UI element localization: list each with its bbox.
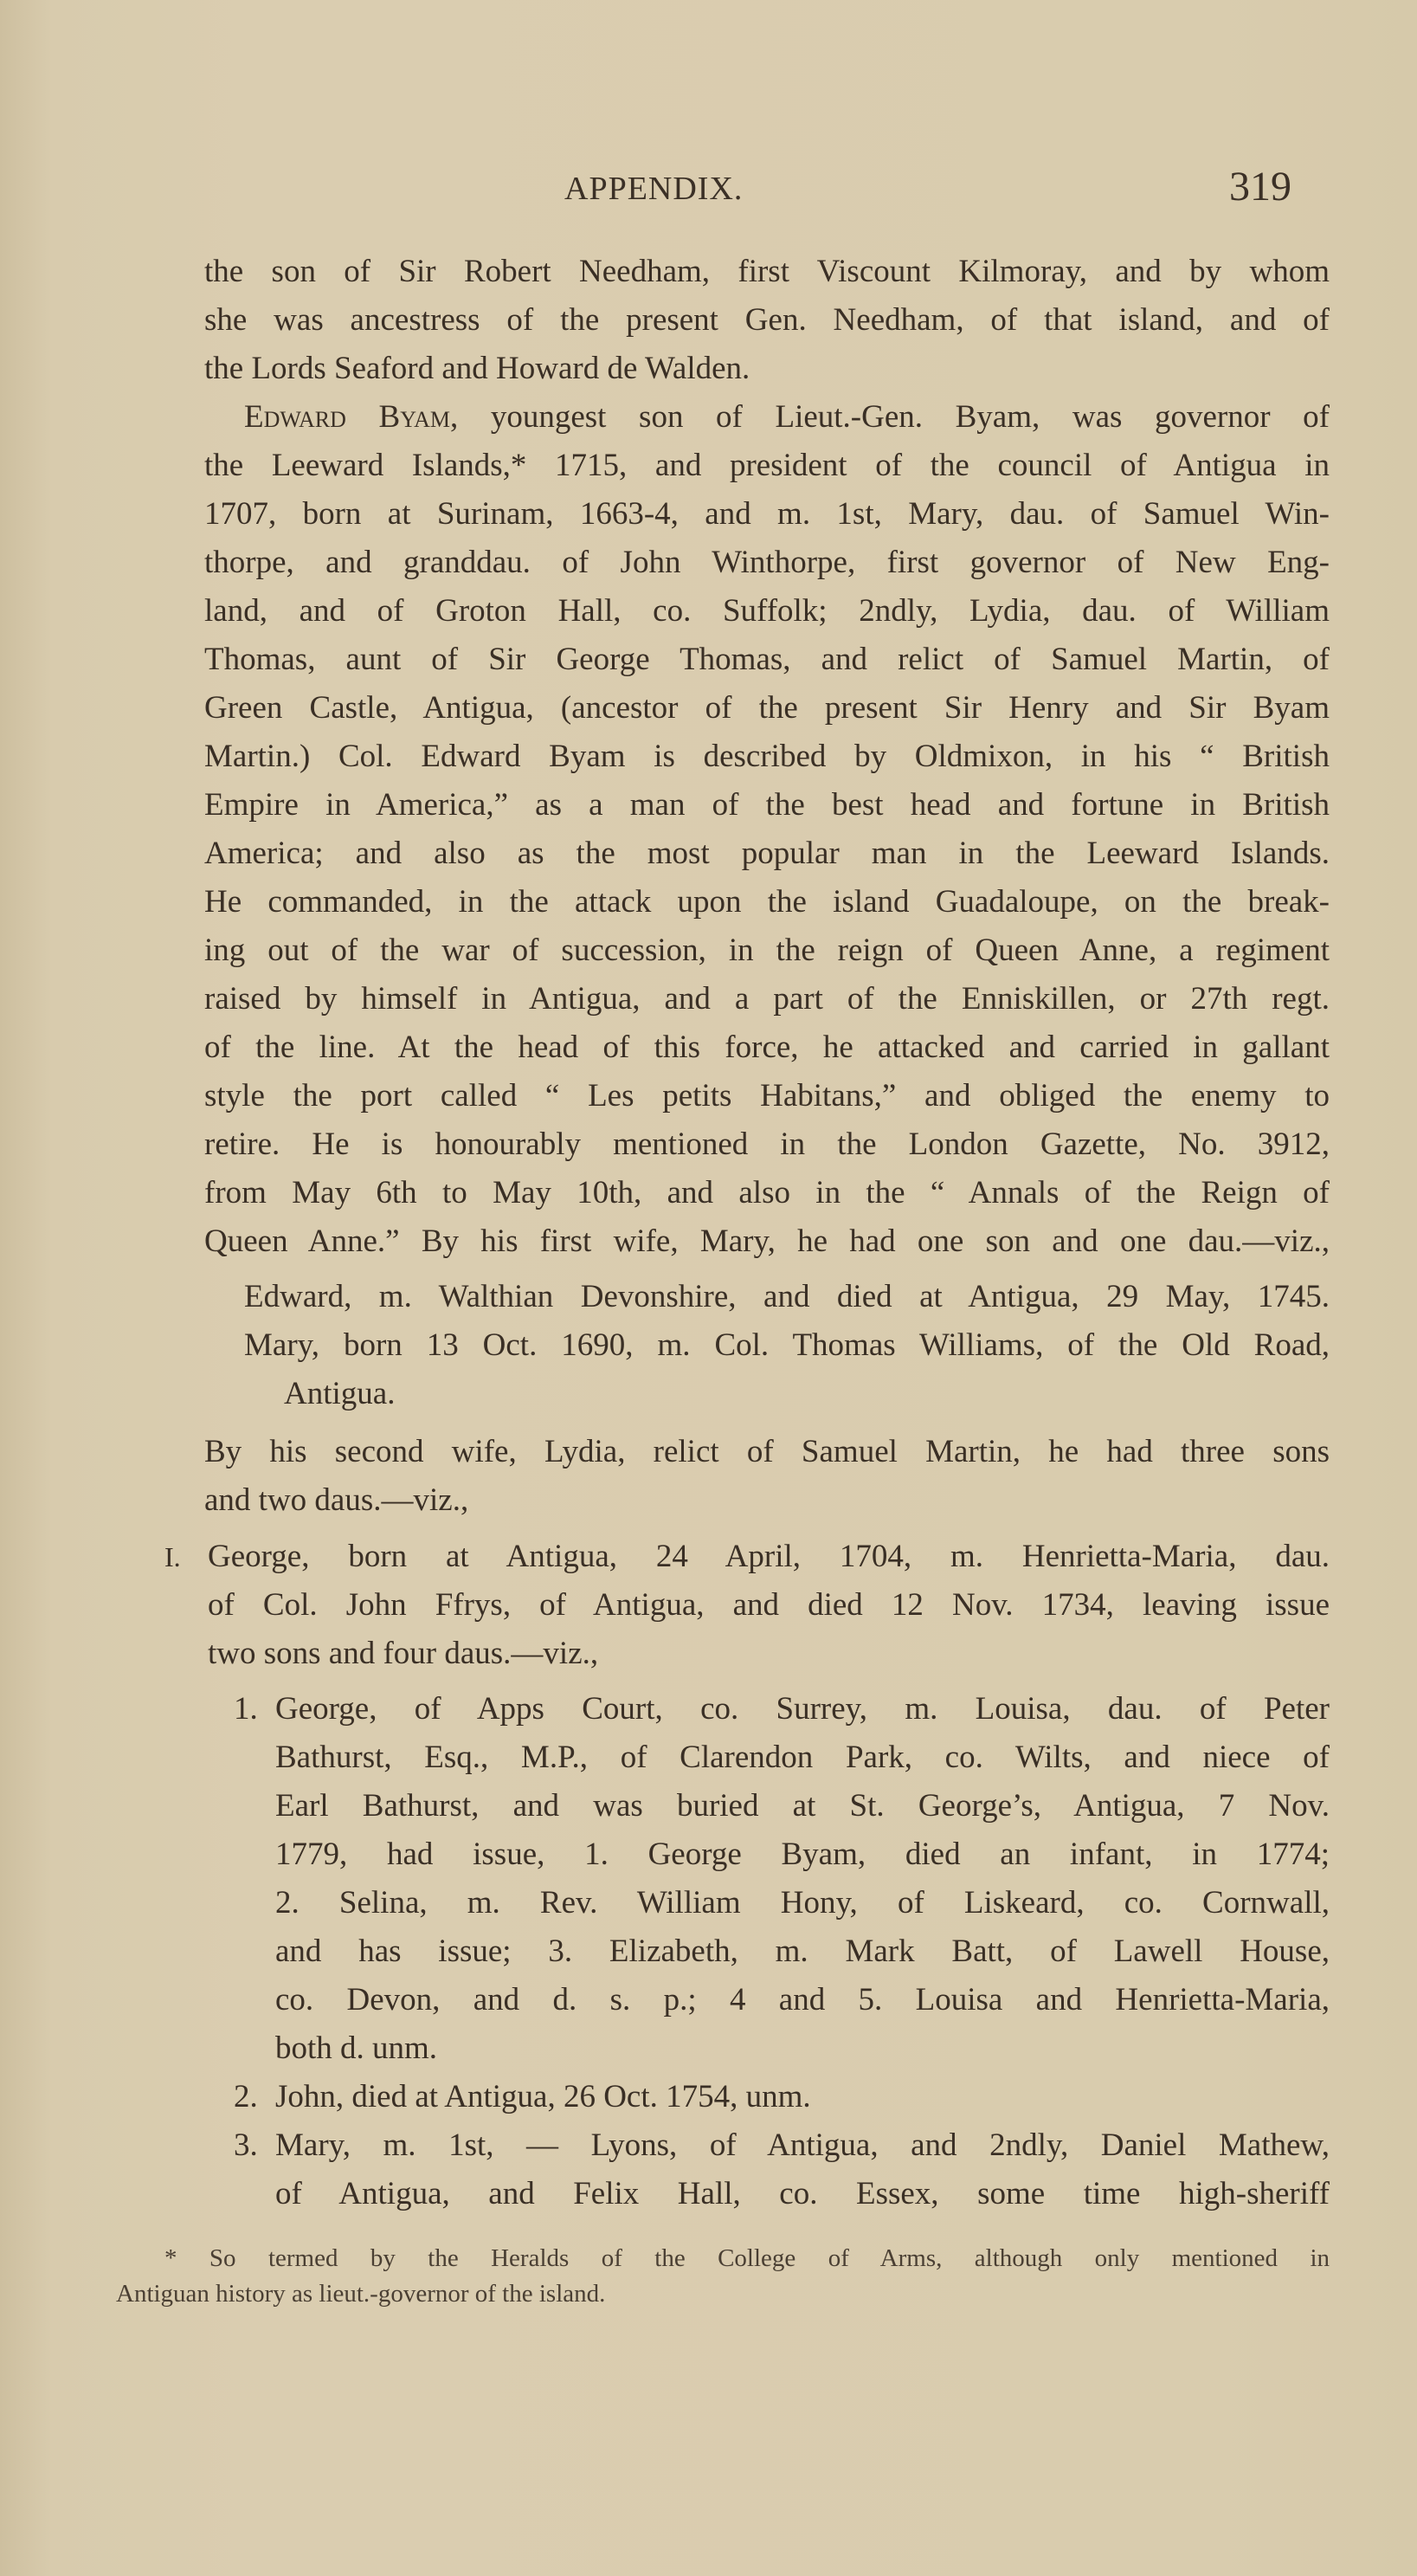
text-line: America; and also as the most popular ma… xyxy=(204,835,1330,873)
page-number: 319 xyxy=(1229,163,1291,210)
text-line: land, and of Groton Hall, co. Suffolk; 2… xyxy=(204,592,1330,630)
footnote-text: * So termed by the Heralds of the Colleg… xyxy=(164,2244,1330,2272)
text-run: , youngest son of Lieut.-Gen. Byam, was … xyxy=(450,399,1330,435)
text-line: He commanded, in the attack upon the isl… xyxy=(204,883,1330,921)
text-line: thorpe, and granddau. of John Winthorpe,… xyxy=(204,544,1330,582)
text-line: Edward Byam, youngest son of Lieut.-Gen.… xyxy=(244,398,1330,436)
text-line: George, of Apps Court, co. Surrey, m. Lo… xyxy=(275,1690,1330,1728)
text-line: style the port called “ Les petits Habit… xyxy=(204,1077,1330,1115)
text-line: and two daus.—viz., xyxy=(204,1482,1330,1520)
list-item: Mary, born 13 Oct. 1690, m. Col. Thomas … xyxy=(244,1327,1330,1365)
item-number-marker: 3. xyxy=(234,2127,277,2165)
text-line: of the line. At the head of this force, … xyxy=(204,1029,1330,1067)
footnote-line: Antiguan history as lieut.-governor of t… xyxy=(116,2278,1328,2309)
text-line: both d. unm. xyxy=(275,2030,1330,2068)
text-line: Green Castle, Antigua, (ancestor of the … xyxy=(204,689,1330,727)
running-head: APPENDIX. xyxy=(564,170,743,208)
text-line: Bathurst, Esq., M.P., of Clarendon Park,… xyxy=(275,1739,1330,1777)
text-line: George, born at Antigua, 24 April, 1704,… xyxy=(208,1538,1330,1576)
text-line: Thomas, aunt of Sir George Thomas, and r… xyxy=(204,641,1330,679)
text-line: 2. Selina, m. Rev. William Hony, of Lisk… xyxy=(275,1884,1330,1922)
text-line: John, died at Antigua, 26 Oct. 1754, unm… xyxy=(275,2078,1330,2116)
footnote-line: * So termed by the Heralds of the Colleg… xyxy=(144,2243,1330,2274)
text-line: Earl Bathurst, and was buried at St. Geo… xyxy=(275,1787,1330,1825)
text-line: the Leeward Islands,* 1715, and presiden… xyxy=(204,447,1330,485)
text-line: 1707, born at Surinam, 1663-4, and m. 1s… xyxy=(204,495,1330,533)
text-line: raised by himself in Antigua, and a part… xyxy=(204,980,1330,1018)
list-item-continuation: Antigua. xyxy=(284,1375,1330,1413)
text-line: of Antigua, and Felix Hall, co. Essex, s… xyxy=(275,2175,1330,2213)
list-item: Edward, m. Walthian Devonshire, and died… xyxy=(244,1278,1330,1316)
text-line: ing out of the war of succession, in the… xyxy=(204,932,1330,970)
item-number-marker: 1. xyxy=(234,1690,277,1728)
item-number-marker: 2. xyxy=(234,2078,277,2116)
text-line: By his second wife, Lydia, relict of Sam… xyxy=(204,1433,1330,1471)
text-line: Mary, m. 1st, — Lyons, of Antigua, and 2… xyxy=(275,2127,1330,2165)
text-line: of Col. John Ffrys, of Antigua, and died… xyxy=(208,1586,1330,1624)
text-line: Martin.) Col. Edward Byam is described b… xyxy=(204,738,1330,776)
text-line: and has issue; 3. Elizabeth, m. Mark Bat… xyxy=(275,1933,1330,1971)
text-line: co. Devon, and d. s. p.; 4 and 5. Louisa… xyxy=(275,1981,1330,2019)
text-line: from May 6th to May 10th, and also in th… xyxy=(204,1174,1330,1212)
text-line: she was ancestress of the present Gen. N… xyxy=(204,301,1330,339)
text-line: two sons and four daus.—viz., xyxy=(208,1635,1330,1673)
person-name-small-caps: Edward Byam xyxy=(244,399,450,435)
book-page: APPENDIX. 319 the son of Sir Robert Need… xyxy=(0,0,1417,2576)
text-line: retire. He is honourably mentioned in th… xyxy=(204,1126,1330,1164)
text-line: Empire in America,” as a man of the best… xyxy=(204,786,1330,824)
text-line: 1779, had issue, 1. George Byam, died an… xyxy=(275,1836,1330,1874)
text-line: Queen Anne.” By his first wife, Mary, he… xyxy=(204,1223,1330,1261)
text-line: the Lords Seaford and Howard de Walden. xyxy=(204,350,1330,388)
text-line: the son of Sir Robert Needham, first Vis… xyxy=(204,253,1330,291)
page-header: APPENDIX. 319 xyxy=(0,163,1417,215)
